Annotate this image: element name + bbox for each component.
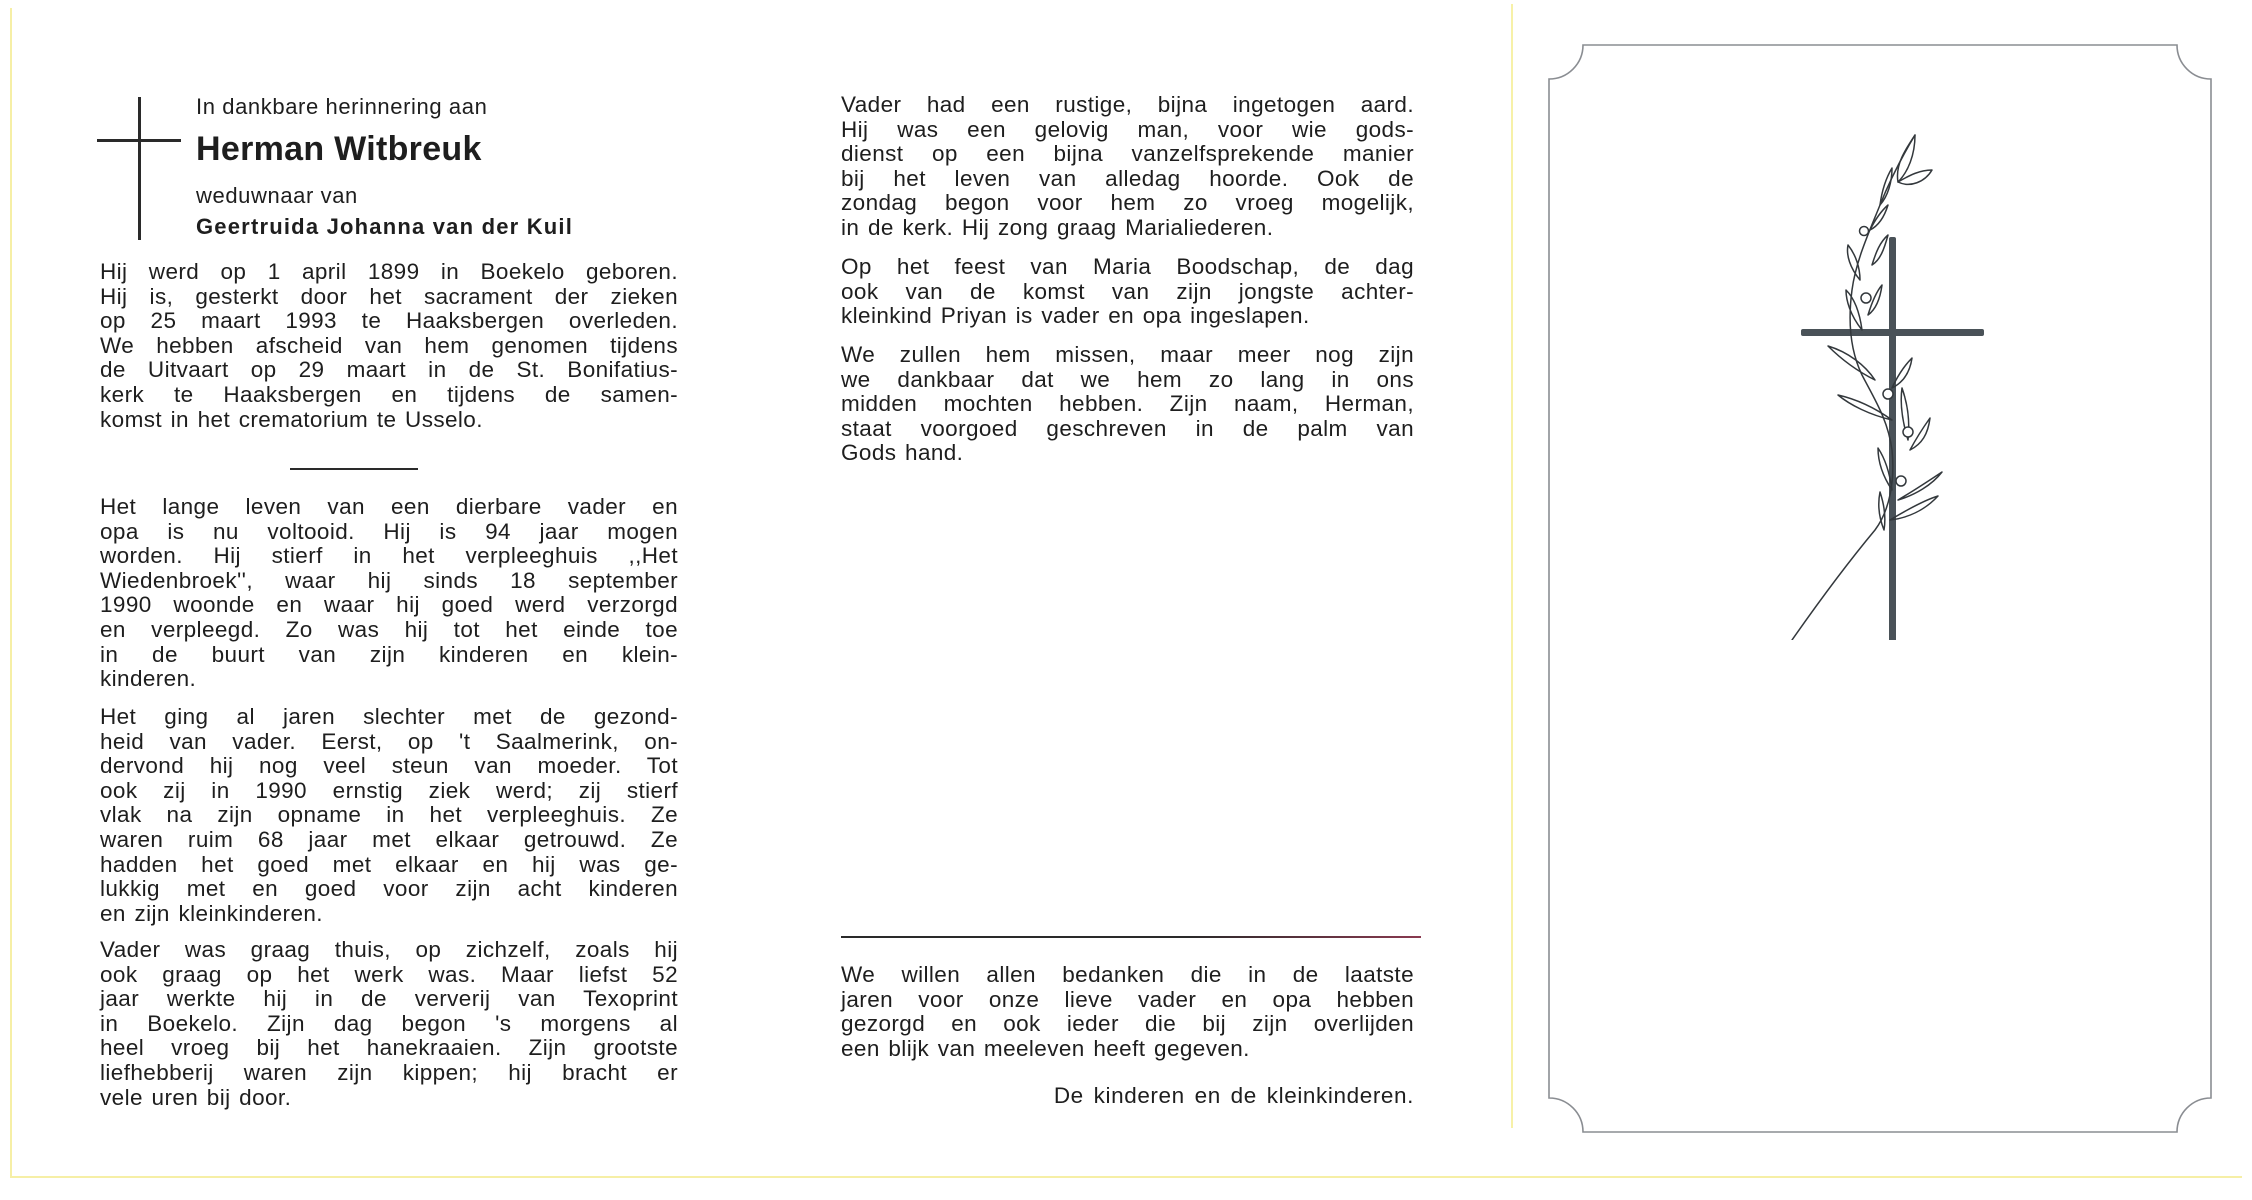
paragraph-health: Het ging al jaren slechter met de gezond… (100, 705, 678, 926)
text-line: staat voorgoed geschreven in de palm van (841, 417, 1414, 442)
card-edge-bottom (10, 1176, 2242, 1178)
text-line: opa is nu voltooid. Hij is 94 jaar mogen (100, 520, 678, 545)
text-line: de Uitvaart op 29 maart in de St. Bonifa… (100, 358, 678, 383)
text-line: gezorgd en ook ieder die bij zijn overli… (841, 1012, 1414, 1037)
paragraph-birth-death: Hij werd op 1 april 1899 in Boekelo gebo… (100, 260, 678, 432)
text-line: hadden het goed met elkaar en hij was ge… (100, 853, 678, 878)
text-line: waren ruim 68 jaar met elkaar getrouwd. … (100, 828, 678, 853)
text-line: en verpleegd. Zo was hij tot het einde t… (100, 618, 678, 643)
text-line: Hij werd op 1 april 1899 in Boekelo gebo… (100, 260, 678, 285)
text-line: kerk te Haaksbergen en tijdens de samen- (100, 383, 678, 408)
text-line: op 25 maart 1993 te Haaksbergen overlede… (100, 309, 678, 334)
text-line: Het lange leven van een dierbare vader e… (100, 495, 678, 520)
divider-short (290, 468, 418, 470)
text-line: ook graag op het werk was. Maar liefst 5… (100, 963, 678, 988)
paragraph-remembrance: We zullen hem missen, maar meer nog zijn… (841, 343, 1414, 466)
paragraph-long-life: Het lange leven van een dierbare vader e… (100, 495, 678, 692)
text-line: een blijk van meeleven heeft gegeven. (841, 1037, 1414, 1062)
signature: De kinderen en de kleinkinderen. (841, 1083, 1414, 1109)
fold-line (1511, 4, 1513, 1128)
intro-text: In dankbare herinnering aan (196, 94, 487, 120)
text-line: 1990 woonde en waar hij goed werd verzor… (100, 593, 678, 618)
text-line: Het ging al jaren slechter met de gezond… (100, 705, 678, 730)
text-line: Wiedenbroek'', waar hij sinds 18 septemb… (100, 569, 678, 594)
text-line: we dankbaar dat we hem zo lang in ons (841, 368, 1414, 393)
text-line: lukkig met en goed voor zijn acht kinder… (100, 877, 678, 902)
text-line: kleinkind Priyan is vader en opa ingesla… (841, 304, 1414, 329)
text-line: Op het feest van Maria Boodschap, de dag (841, 255, 1414, 280)
text-line: ook zij in 1990 ernstig ziek werd; zij s… (100, 779, 678, 804)
cross-horizontal-bar (97, 139, 181, 142)
text-line: dervond hij nog veel steun van moeder. T… (100, 754, 678, 779)
text-line: liefhebberij waren zijn kippen; hij brac… (100, 1061, 678, 1086)
text-line: en zijn kleinkinderen. (100, 902, 678, 927)
text-line: kinderen. (100, 667, 678, 692)
text-line: zondag begon voor hem zo vroeg mogelijk, (841, 191, 1414, 216)
text-line: jaar werkte hij in de ververij van Texop… (100, 987, 678, 1012)
card-edge-left (10, 8, 12, 1178)
text-line: komst in het crematorium te Usselo. (100, 408, 678, 433)
spouse-name: Geertruida Johanna van der Kuil (196, 214, 573, 240)
text-line: bij het leven van alledag hoorde. Ook de (841, 167, 1414, 192)
text-line: heid van vader. Eerst, op 't Saalmerink,… (100, 730, 678, 755)
text-line: We hebben afscheid van hem genomen tijde… (100, 334, 678, 359)
divider-long (841, 936, 1421, 938)
text-line: We zullen hem missen, maar meer nog zijn (841, 343, 1414, 368)
text-line: vlak na zijn opname in het verpleeghuis.… (100, 803, 678, 828)
text-line: Hij was een gelovig man, voor wie gods- (841, 118, 1414, 143)
text-line: worden. Hij stierf in het verpleeghuis ,… (100, 544, 678, 569)
text-line: We willen allen bedanken die in de laats… (841, 963, 1414, 988)
text-line: jaren voor onze lieve vader en opa hebbe… (841, 988, 1414, 1013)
text-line: dienst op een bijna vanzelfsprekende man… (841, 142, 1414, 167)
cross-with-olive-branch-icon (1780, 120, 2000, 640)
text-line: heel vroeg bij het hanekraaien. Zijn gro… (100, 1036, 678, 1061)
text-line: in de buurt van zijn kinderen en klein- (100, 643, 678, 668)
paragraph-thanks: We willen allen bedanken die in de laats… (841, 963, 1414, 1061)
text-line: vele uren bij door. (100, 1086, 678, 1111)
text-line: midden mochten hebben. Zijn naam, Herman… (841, 392, 1414, 417)
text-line: in de kerk. Hij zong graag Marialiederen… (841, 216, 1414, 241)
text-line: Vader was graag thuis, op zichzelf, zoal… (100, 938, 678, 963)
text-line: Hij is, gesterkt door het sacrament der … (100, 285, 678, 310)
relation-text: weduwnaar van (196, 183, 358, 209)
text-line: ook van de komst van zijn jongste achter… (841, 280, 1414, 305)
text-line: Gods hand. (841, 441, 1414, 466)
text-line: in Boekelo. Zijn dag begon 's morgens al (100, 1012, 678, 1037)
deceased-name: Herman Witbreuk (196, 130, 482, 169)
paragraph-faith: Vader had een rustige, bijna ingetogen a… (841, 93, 1414, 241)
cross-vertical-bar (138, 97, 141, 240)
paragraph-passing: Op het feest van Maria Boodschap, de dag… (841, 255, 1414, 329)
text-line: Vader had een rustige, bijna ingetogen a… (841, 93, 1414, 118)
paragraph-work: Vader was graag thuis, op zichzelf, zoal… (100, 938, 678, 1110)
